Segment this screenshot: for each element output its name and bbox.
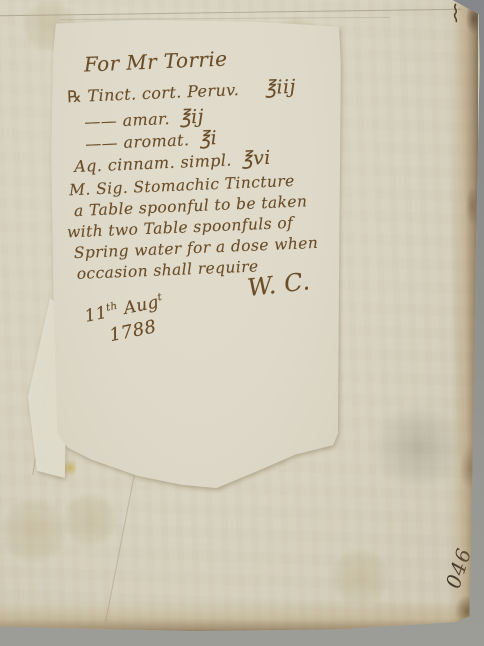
recipe-ingredient: —— amar. xyxy=(84,109,170,132)
date-month-suffix: t xyxy=(157,292,164,304)
apothecary-quantity: ℥iij xyxy=(265,76,297,99)
book-page: For Mr Torrie ℞ Tinct. cort. Peruv.℥iij … xyxy=(0,0,484,646)
top-fold-crease xyxy=(0,9,462,16)
recipe-line: ℞ Tinct. cort. Peruv.℥iij xyxy=(67,76,296,108)
pasted-prescription-note: For Mr Torrie ℞ Tinct. cort. Peruv.℥iij … xyxy=(50,18,342,490)
toasted-page-edge-right xyxy=(450,0,478,624)
paper-stain xyxy=(330,548,390,606)
apothecary-quantity: ℥ij xyxy=(179,106,204,129)
note-paper: For Mr Torrie ℞ Tinct. cort. Peruv.℥iij … xyxy=(50,18,342,490)
toasted-page-edge-bottom xyxy=(0,600,477,632)
apothecary-quantity: ℥vi xyxy=(241,147,271,170)
page-crease xyxy=(105,469,136,621)
date-day-suffix: th xyxy=(105,301,118,314)
handwriting-block: For Mr Torrie ℞ Tinct. cort. Peruv.℥iij … xyxy=(40,12,352,496)
date-month: Aug xyxy=(122,292,161,319)
paper-stain xyxy=(0,498,68,564)
directions-line: occasion shall require xyxy=(76,257,259,283)
manuscript-photograph: For Mr Torrie ℞ Tinct. cort. Peruv.℥iij … xyxy=(0,0,484,646)
recipient-line: For Mr Torrie xyxy=(83,47,227,77)
recipe-ingredient: Aq. cinnam. simpl. xyxy=(74,150,232,176)
recipe-ingredient: ℞ Tinct. cort. Peruv. xyxy=(67,80,240,106)
paper-stain xyxy=(62,492,118,548)
apothecary-quantity: ℥i xyxy=(199,127,218,150)
physician-initials: W. C. xyxy=(246,267,312,302)
